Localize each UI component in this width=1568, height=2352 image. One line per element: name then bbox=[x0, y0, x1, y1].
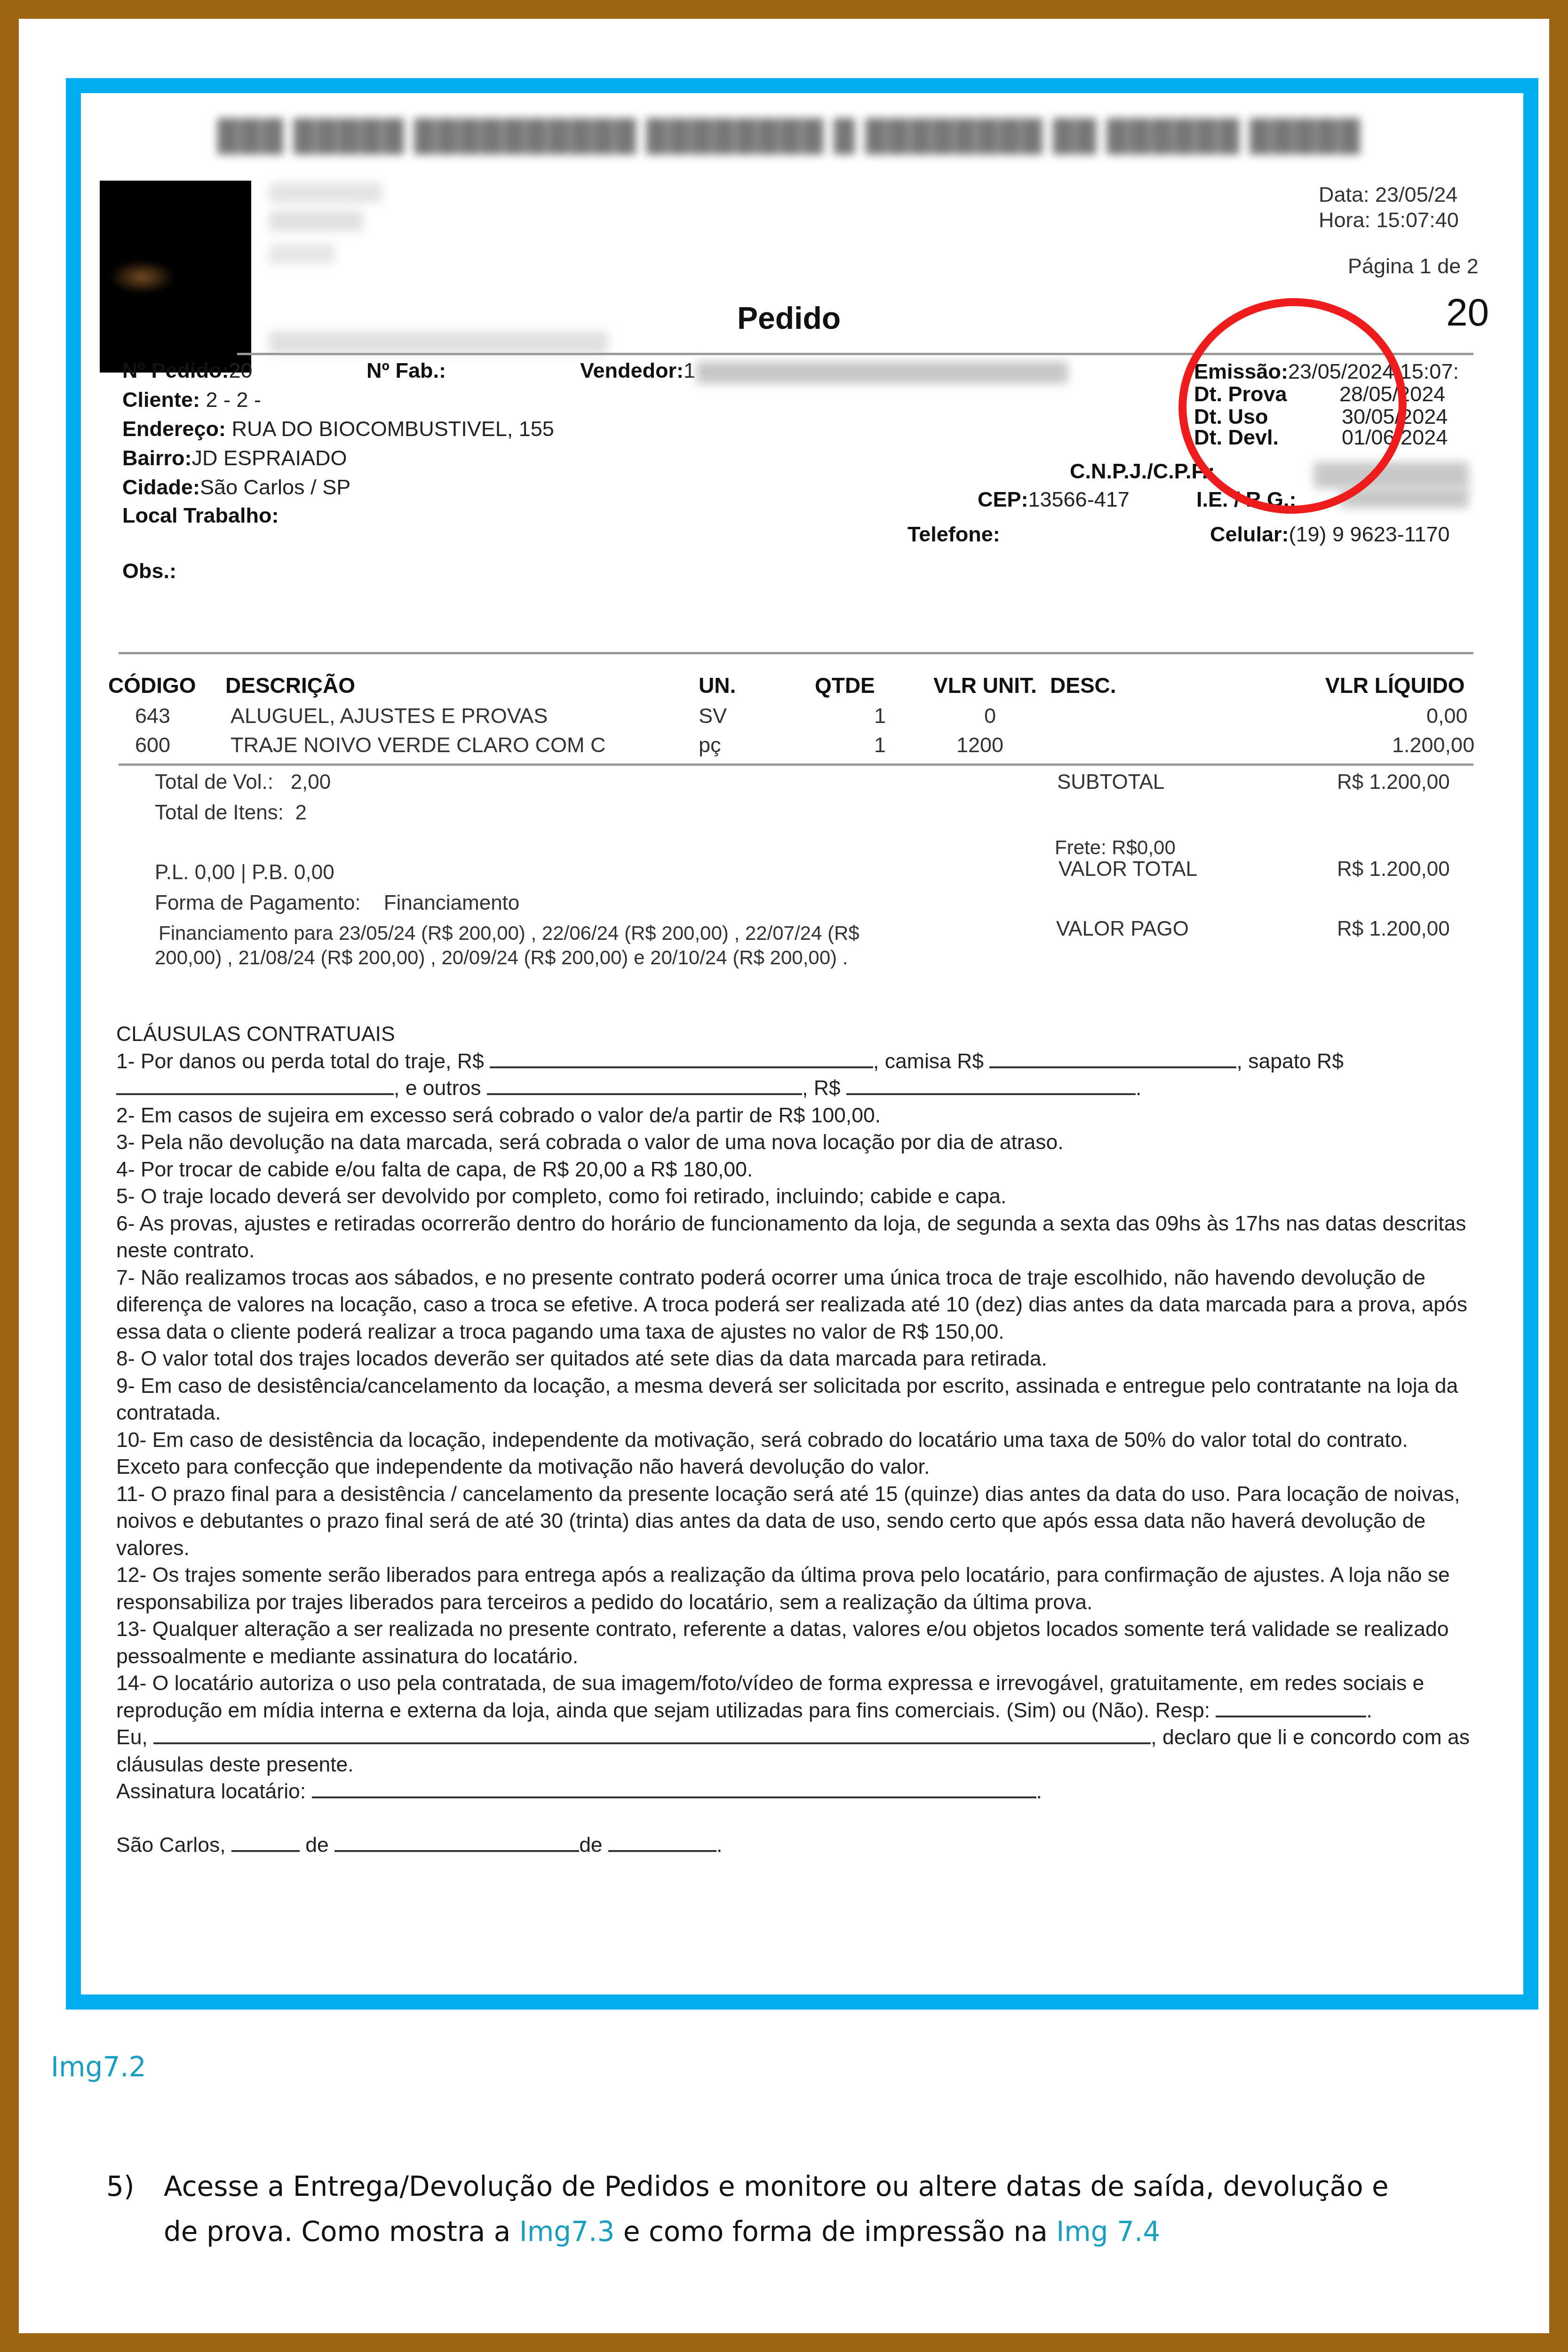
vendedor-redacted bbox=[696, 361, 1068, 384]
order-number-large: 20 bbox=[1446, 291, 1489, 335]
blank-resp[interactable] bbox=[1216, 1700, 1366, 1717]
clause-13: 13- Qualquer alteração a ser realizada n… bbox=[116, 1616, 1471, 1670]
cell-qtde: 1 bbox=[874, 704, 886, 728]
contract-clauses: CLÁUSULAS CONTRATUAIS 1- Por danos ou pe… bbox=[116, 1021, 1471, 1859]
table-bottom-divider bbox=[119, 763, 1473, 766]
valor-pago-value: R$ 1.200,00 bbox=[1337, 917, 1450, 941]
address-redacted-2 bbox=[269, 211, 363, 231]
link-img7-3[interactable]: Img7.3 bbox=[519, 2216, 615, 2248]
figure-caption: Img7.2 bbox=[51, 2051, 146, 2083]
field-cliente: Cliente: 2 - 2 - bbox=[122, 388, 261, 412]
order-screenshot-frame: ███ █████ ██████████ ████████ █ ████████… bbox=[66, 78, 1538, 2010]
clause-4: 4- Por trocar de cabide e/ou falta de ca… bbox=[116, 1156, 1471, 1184]
clause-9: 9- Em caso de desistência/cancelamento d… bbox=[116, 1373, 1471, 1427]
subtotal-label: SUBTOTAL bbox=[1057, 771, 1164, 794]
cell-un: SV bbox=[699, 704, 727, 728]
frete: Frete: R$0,00 bbox=[1055, 836, 1176, 859]
company-logo bbox=[100, 181, 251, 373]
cell-vlr-liquido: 1.200,00 bbox=[1392, 733, 1474, 757]
print-date: Data: 23/05/24 bbox=[1319, 183, 1457, 207]
field-fab-label: Nº Fab.: bbox=[366, 358, 446, 383]
col-codigo: CÓDIGO bbox=[108, 673, 196, 698]
field-cidade: Cidade:São Carlos / SP bbox=[122, 475, 350, 500]
field-bairro: Bairro:JD ESPRAIADO bbox=[122, 446, 347, 470]
blank-outros-valor[interactable] bbox=[846, 1077, 1136, 1095]
cell-descricao: TRAJE NOIVO VERDE CLARO COM C bbox=[231, 733, 606, 757]
col-un: UN. bbox=[699, 673, 736, 698]
clause-7: 7- Não realizamos trocas aos sábados, e … bbox=[116, 1264, 1471, 1346]
blank-assinatura[interactable] bbox=[312, 1780, 1036, 1798]
blank-traje[interactable] bbox=[490, 1050, 873, 1068]
tutorial-page: ███ █████ ██████████ ████████ █ ████████… bbox=[19, 19, 1549, 2333]
instruction-step: 5) Acesse a Entrega/Devolução de Pedidos… bbox=[107, 2164, 1425, 2254]
blank-camisa[interactable] bbox=[989, 1050, 1236, 1068]
col-qtde: QTDE bbox=[815, 673, 875, 698]
field-vendedor: Vendedor:1 - bbox=[580, 358, 708, 383]
document-title: Pedido bbox=[737, 300, 841, 336]
blank-dia[interactable] bbox=[231, 1834, 300, 1852]
cell-vlr-unit: 0 bbox=[984, 704, 996, 728]
address-redacted-3 bbox=[269, 244, 335, 264]
field-pedido: Nº Pedido:20 bbox=[122, 358, 253, 383]
clause-11: 11- O prazo final para a desistência / c… bbox=[116, 1481, 1471, 1562]
print-time: Hora: 15:07:40 bbox=[1319, 208, 1459, 232]
blank-sapato[interactable] bbox=[116, 1077, 394, 1095]
clause-8: 8- O valor total dos trajes locados deve… bbox=[116, 1345, 1471, 1373]
valor-total-value: R$ 1.200,00 bbox=[1337, 858, 1450, 881]
clause-3: 3- Pela não devolução na data marcada, s… bbox=[116, 1129, 1471, 1156]
page-indicator: Página 1 de 2 bbox=[1348, 254, 1479, 278]
cell-un: pç bbox=[699, 733, 721, 757]
clause-12: 12- Os trajes somente serão liberados pa… bbox=[116, 1562, 1471, 1616]
address-redacted-4 bbox=[269, 331, 608, 354]
blank-nome[interactable] bbox=[153, 1726, 1151, 1744]
clauses-heading: CLÁUSULAS CONTRATUAIS bbox=[116, 1021, 1471, 1048]
total-itens: Total de Itens: 2 bbox=[155, 801, 307, 825]
table-top-divider bbox=[119, 652, 1473, 654]
field-telefone-label: Telefone: bbox=[907, 522, 1000, 547]
cell-codigo: 600 bbox=[135, 733, 170, 757]
cell-vlr-liquido: 0,00 bbox=[1426, 704, 1468, 728]
link-img7-4[interactable]: Img 7.4 bbox=[1056, 2216, 1160, 2248]
logo-glow bbox=[109, 261, 175, 294]
step-number: 5) bbox=[106, 2164, 135, 2209]
field-cnpj-label: C.N.P.J./C.P.F.: bbox=[1070, 459, 1215, 484]
clause-1: 1- Por danos ou perda total do traje, R$… bbox=[116, 1048, 1471, 1102]
field-celular: Celular:(19) 9 9623-1170 bbox=[1210, 522, 1449, 547]
valor-total-label: VALOR TOTAL bbox=[1059, 858, 1197, 881]
field-local-trabalho: Local Trabalho: bbox=[122, 503, 279, 528]
forma-pagamento: Forma de Pagamento: Financiamento bbox=[155, 891, 519, 915]
field-cep: CEP:13566-417 bbox=[978, 487, 1130, 512]
signature-line: Assinatura locatário: . bbox=[116, 1778, 1471, 1805]
cell-vlr-unit: 1200 bbox=[956, 733, 1003, 757]
order-document: ███ █████ ██████████ ████████ █ ████████… bbox=[81, 93, 1523, 1994]
subtotal-value: R$ 1.200,00 bbox=[1337, 771, 1450, 794]
total-vol: Total de Vol.: 2,00 bbox=[155, 771, 331, 794]
clause-6: 6- As provas, ajustes e retiradas ocorre… bbox=[116, 1210, 1471, 1264]
place-date-line: São Carlos, de de . bbox=[116, 1832, 1471, 1859]
blank-ano[interactable] bbox=[608, 1834, 716, 1852]
cell-descricao: ALUGUEL, AJUSTES E PROVAS bbox=[231, 704, 548, 728]
clause-10: 10- Em caso de desistência da locação, i… bbox=[116, 1427, 1471, 1481]
clause-14: 14- O locatário autoriza o uso pela cont… bbox=[116, 1670, 1471, 1724]
address-redacted-1 bbox=[269, 183, 382, 203]
cell-qtde: 1 bbox=[874, 733, 886, 757]
valor-pago-label: VALOR PAGO bbox=[1056, 917, 1189, 941]
col-descricao: DESCRIÇÃO bbox=[225, 673, 355, 698]
clause-2: 2- Em casos de sujeira em excesso será c… bbox=[116, 1102, 1471, 1129]
col-vlr-unit: VLR UNIT. bbox=[933, 673, 1037, 698]
blank-outros[interactable] bbox=[487, 1077, 802, 1095]
col-vlr-liquido: VLR LÍQUIDO bbox=[1325, 673, 1465, 698]
blank-mes[interactable] bbox=[334, 1834, 579, 1852]
col-desc: DESC. bbox=[1050, 673, 1116, 698]
field-endereco: Endereço: RUA DO BIOCOMBUSTIVEL, 155 bbox=[122, 417, 554, 441]
clause-5: 5- O traje locado deverá ser devolvido p… bbox=[116, 1183, 1471, 1210]
declaration: Eu, , declaro que li e concordo com as c… bbox=[116, 1724, 1471, 1778]
field-obs: Obs.: bbox=[122, 559, 176, 583]
company-name-redacted: ███ █████ ██████████ ████████ █ ████████… bbox=[217, 118, 1361, 152]
step-text: Acesse a Entrega/Devolução de Pedidos e … bbox=[164, 2164, 1425, 2254]
pl-pb: P.L. 0,00 | P.B. 0,00 bbox=[155, 861, 334, 884]
cell-codigo: 643 bbox=[135, 704, 170, 728]
financiamento-line-2: 200,00) , 21/08/24 (R$ 200,00) , 20/09/2… bbox=[155, 946, 848, 969]
financiamento-line-1: Financiamento para 23/05/24 (R$ 200,00) … bbox=[159, 922, 860, 945]
